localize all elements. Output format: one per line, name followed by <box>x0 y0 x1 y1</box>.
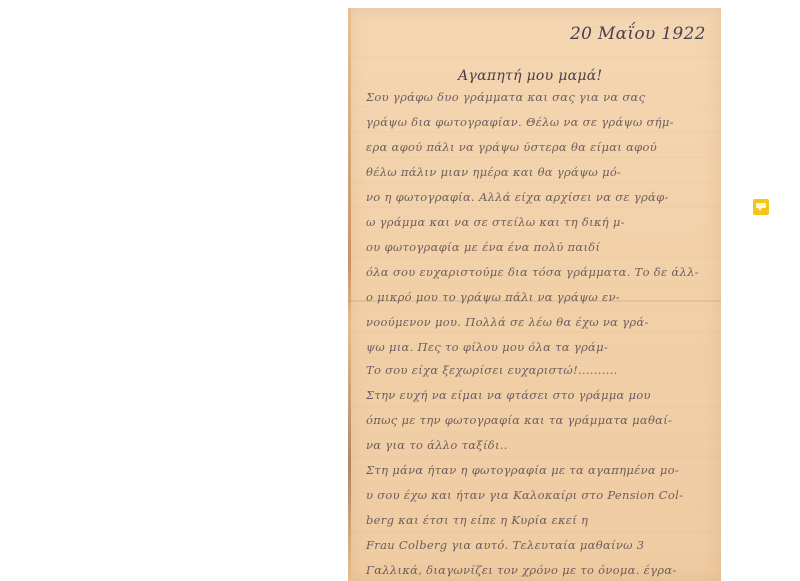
letter-line: ψω μια. Πες το φίλου μου όλα τα γράμ- <box>366 340 706 354</box>
letter-date: 20 Μαΐου 1922 <box>570 24 706 44</box>
letter-line: όλα σου ευχαριστούμε δια τόσα γράμματα. … <box>366 265 706 279</box>
letter-line: Το σου είχα ξεχωρίσει ευχαριστώ!........… <box>366 363 706 377</box>
scanned-letter-page: 20 Μαΐου 1922 Αγαπητή μου μαμά! Σου γράφ… <box>348 8 721 581</box>
letter-salutation: Αγαπητή μου μαμά! <box>458 68 602 84</box>
letter-line: Frau Colberg για αυτό. Τελευταία μαθαίνω… <box>366 538 706 552</box>
letter-line: ο μικρό μου το γράψω πάλι να γράψω εν- <box>366 290 706 304</box>
letter-line: όπως με την φωτογραφία και τα γράμματα μ… <box>366 413 706 427</box>
document-viewer: 20 Μαΐου 1922 Αγαπητή μου μαμά! Σου γράφ… <box>0 0 800 581</box>
letter-line: νοούμενον μου. Πολλά σε λέω θα έχω να γρ… <box>366 315 706 329</box>
letter-line: Γαλλικά, διαγωνίζει τον χρόνο με το όνομ… <box>366 563 706 577</box>
letter-line: ω γράμμα και να σε στείλω και τη δική μ- <box>366 215 706 229</box>
letter-line: γράψω δια φωτογραφίαν. Θέλω να σε γράψω … <box>366 115 706 129</box>
letter-line: Σου γράφω δυο γράμματα και σας για να σα… <box>366 90 706 104</box>
letter-line: ερα αφού πάλι να γράψω ύστερα θα είμαι α… <box>366 140 706 154</box>
letter-line: θέλω πάλιν μιαν ημέρα και θα γράψω μό- <box>366 165 706 179</box>
letter-line: Στην ευχή να είμαι να φτάσει στο γράμμα … <box>366 388 706 402</box>
comment-note-icon[interactable] <box>753 199 769 215</box>
comment-bubble-tail <box>758 208 762 211</box>
letter-line: berg και έτσι τη είπε η Κυρία εκεί η <box>366 513 706 527</box>
letter-line: υ σου έχω και ήταν για Καλοκαίρι στο Pen… <box>366 488 706 502</box>
letter-line: Στη μάνα ήταν η φωτογραφία με τα αγαπημέ… <box>366 463 706 477</box>
letter-line: νο η φωτογραφία. Αλλά είχα αρχίσει να σε… <box>366 190 706 204</box>
letter-line: να για το άλλο ταξίδι.. <box>366 438 706 452</box>
letter-line: ου φωτογραφία με ένα ένα πολύ παιδί <box>366 240 706 254</box>
page-edge-shadow <box>348 8 351 581</box>
